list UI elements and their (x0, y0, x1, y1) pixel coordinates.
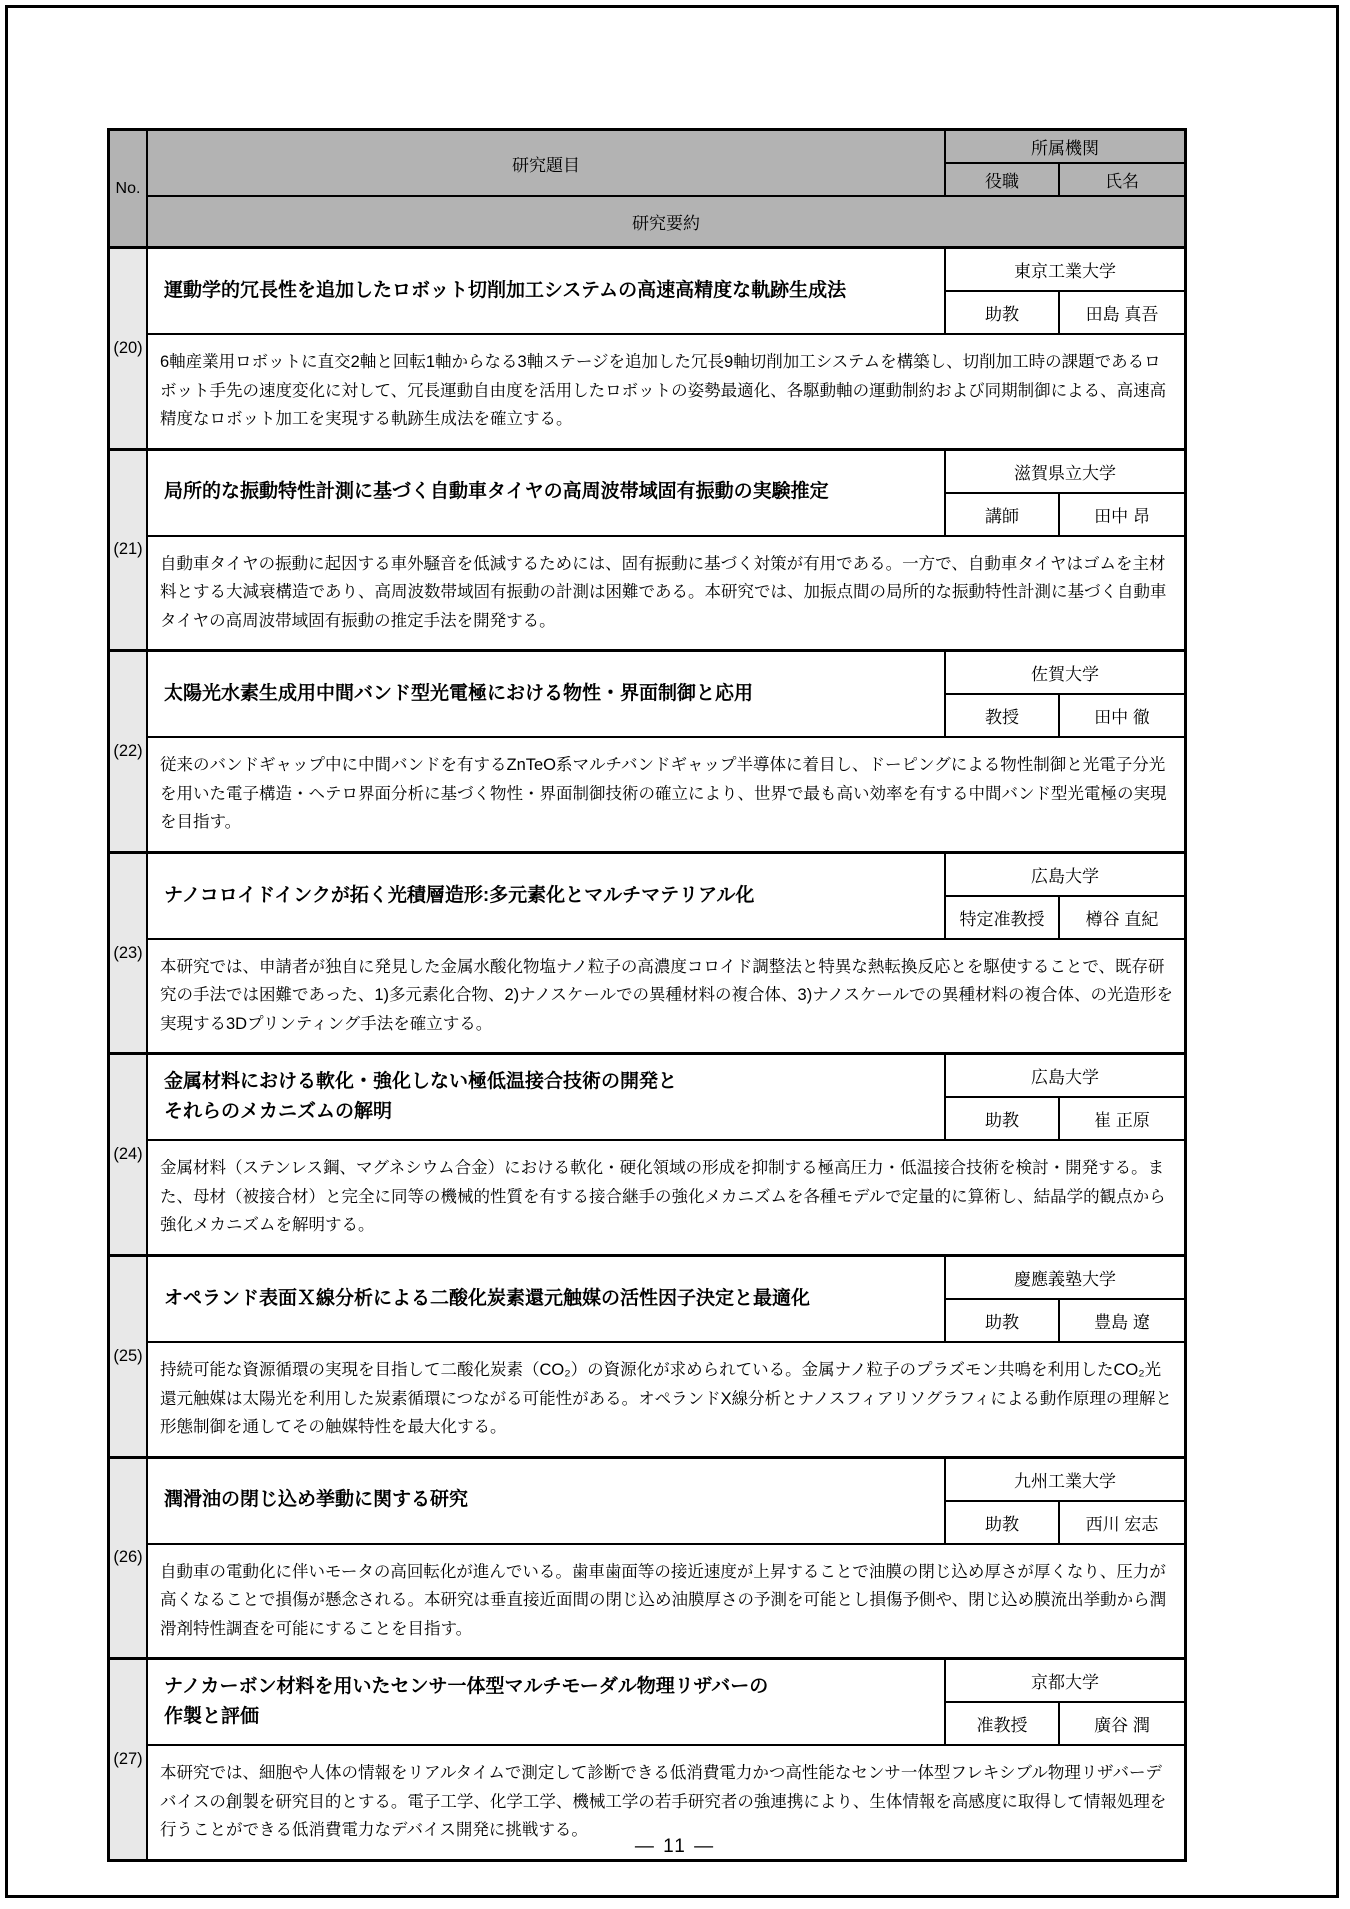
table-row: (21) 局所的な振動特性計測に基づく自動車タイヤの高周波帯域固有振動の実験推定… (110, 451, 1184, 653)
document-page: No. 研究題目 所属機関 役職 氏名 研究要約 (20) (0, 0, 1350, 1909)
research-summary: 持続可能な資源循環の実現を目指して二酸化炭素（CO₂）の資源化が求められている。… (148, 1343, 1184, 1456)
researcher-name: 田島 真吾 (1060, 292, 1184, 333)
entry-content: オペランド表面Ｘ線分析による二酸化炭素還元触媒の活性因子決定と最適化 慶應義塾大… (148, 1257, 1184, 1456)
institution: 広島大学 (946, 1055, 1184, 1098)
entry-top-row: 潤滑油の閉じ込め挙動に関する研究 九州工業大学 助教 西川 宏志 (148, 1459, 1184, 1545)
entry-top-row: オペランド表面Ｘ線分析による二酸化炭素還元触媒の活性因子決定と最適化 慶應義塾大… (148, 1257, 1184, 1343)
researcher-name: 田中 徹 (1060, 695, 1184, 736)
table-row: (27) ナノカーボン材料を用いたセンサ一体型マルチモーダル物理リザバーの 作製… (110, 1660, 1184, 1859)
position: 特定准教授 (946, 897, 1060, 938)
position-name-row: 助教 田島 真吾 (946, 292, 1184, 333)
entry-number: (25) (110, 1257, 148, 1456)
research-summary: 金属材料（ステンレス鋼、マグネシウム合金）における軟化・硬化領域の形成を抑制する… (148, 1141, 1184, 1254)
entry-content: 金属材料における軟化・強化しない極低温接合技術の開発と それらのメカニズムの解明… (148, 1055, 1184, 1254)
table-body: (20) 運動学的冗長性を追加したロボット切削加工システムの高速高精度な軌跡生成… (110, 249, 1184, 1859)
position: 助教 (946, 1098, 1060, 1139)
affiliation-block: 京都大学 准教授 廣谷 潤 (946, 1660, 1184, 1744)
research-summary: 6軸産業用ロボットに直交2軸と回転1軸からなる3軸ステージを追加した冗長9軸切削… (148, 335, 1184, 448)
table-row: (24) 金属材料における軟化・強化しない極低温接合技術の開発と それらのメカニ… (110, 1055, 1184, 1257)
entry-number: (24) (110, 1055, 148, 1254)
researcher-name: 豊島 遼 (1060, 1300, 1184, 1341)
entry-content: 太陽光水素生成用中間バンド型光電極における物性・界面制御と応用 佐賀大学 教授 … (148, 652, 1184, 851)
entry-number: (27) (110, 1660, 148, 1859)
institution: 京都大学 (946, 1660, 1184, 1703)
position: 教授 (946, 695, 1060, 736)
entry-number: (22) (110, 652, 148, 851)
table-row: (25) オペランド表面Ｘ線分析による二酸化炭素還元触媒の活性因子決定と最適化 … (110, 1257, 1184, 1459)
research-summary: 本研究では、申請者が独自に発見した金属水酸化物塩ナノ粒子の高濃度コロイド調整法と… (148, 940, 1184, 1053)
institution: 滋賀県立大学 (946, 451, 1184, 494)
institution: 佐賀大学 (946, 652, 1184, 695)
header-affiliation: 所属機関 (946, 131, 1184, 164)
affiliation-block: 東京工業大学 助教 田島 真吾 (946, 249, 1184, 333)
research-title: 局所的な振動特性計測に基づく自動車タイヤの高周波帯域固有振動の実験推定 (148, 451, 946, 535)
affiliation-block: 広島大学 助教 崔 正原 (946, 1055, 1184, 1139)
table-row: (20) 運動学的冗長性を追加したロボット切削加工システムの高速高精度な軌跡生成… (110, 249, 1184, 451)
entry-content: 局所的な振動特性計測に基づく自動車タイヤの高周波帯域固有振動の実験推定 滋賀県立… (148, 451, 1184, 650)
position: 准教授 (946, 1703, 1060, 1744)
header-right-block: 研究題目 所属機関 役職 氏名 研究要約 (148, 131, 1184, 246)
entry-top-row: 金属材料における軟化・強化しない極低温接合技術の開発と それらのメカニズムの解明… (148, 1055, 1184, 1141)
table-row: (23) ナノコロイドインクが拓く光積層造形:多元素化とマルチマテリアル化 広島… (110, 854, 1184, 1056)
research-summary: 自動車タイヤの振動に起因する車外騒音を低減するためには、固有振動に基づく対策が有… (148, 537, 1184, 650)
position: 講師 (946, 494, 1060, 535)
affiliation-block: 佐賀大学 教授 田中 徹 (946, 652, 1184, 736)
affiliation-block: 滋賀県立大学 講師 田中 昂 (946, 451, 1184, 535)
position-name-row: 助教 西川 宏志 (946, 1502, 1184, 1543)
position-name-row: 准教授 廣谷 潤 (946, 1703, 1184, 1744)
entry-number: (26) (110, 1459, 148, 1658)
entry-content: 潤滑油の閉じ込め挙動に関する研究 九州工業大学 助教 西川 宏志 自動車の電動化… (148, 1459, 1184, 1658)
table-header: No. 研究題目 所属機関 役職 氏名 研究要約 (110, 131, 1184, 249)
researcher-name: 樽谷 直紀 (1060, 897, 1184, 938)
entry-number: (21) (110, 451, 148, 650)
institution: 九州工業大学 (946, 1459, 1184, 1502)
researcher-name: 崔 正原 (1060, 1098, 1184, 1139)
researcher-name: 田中 昂 (1060, 494, 1184, 535)
header-top-row: 研究題目 所属機関 役職 氏名 (148, 131, 1184, 197)
header-name: 氏名 (1060, 164, 1184, 195)
entry-top-row: ナノコロイドインクが拓く光積層造形:多元素化とマルチマテリアル化 広島大学 特定… (148, 854, 1184, 940)
entry-number: (23) (110, 854, 148, 1053)
entry-content: 運動学的冗長性を追加したロボット切削加工システムの高速高精度な軌跡生成法 東京工… (148, 249, 1184, 448)
position-name-row: 助教 豊島 遼 (946, 1300, 1184, 1341)
research-summary: 従来のバンドギャップ中に中間バンドを有するZnTeO系マルチバンドギャップ半導体… (148, 738, 1184, 851)
research-title: 金属材料における軟化・強化しない極低温接合技術の開発と それらのメカニズムの解明 (148, 1055, 946, 1139)
position-name-row: 教授 田中 徹 (946, 695, 1184, 736)
affiliation-block: 九州工業大学 助教 西川 宏志 (946, 1459, 1184, 1543)
position: 助教 (946, 1502, 1060, 1543)
entry-content: ナノカーボン材料を用いたセンサ一体型マルチモーダル物理リザバーの 作製と評価 京… (148, 1660, 1184, 1859)
header-affiliation-block: 所属機関 役職 氏名 (946, 131, 1184, 195)
position: 助教 (946, 292, 1060, 333)
header-position: 役職 (946, 164, 1060, 195)
research-title: 太陽光水素生成用中間バンド型光電極における物性・界面制御と応用 (148, 652, 946, 736)
position: 助教 (946, 1300, 1060, 1341)
research-title: オペランド表面Ｘ線分析による二酸化炭素還元触媒の活性因子決定と最適化 (148, 1257, 946, 1341)
page-number: — 11 — (0, 1836, 1350, 1858)
research-summary: 自動車の電動化に伴いモータの高回転化が進んでいる。歯車歯面等の接近速度が上昇する… (148, 1545, 1184, 1658)
table-row: (22) 太陽光水素生成用中間バンド型光電極における物性・界面制御と応用 佐賀大… (110, 652, 1184, 854)
research-title: ナノカーボン材料を用いたセンサ一体型マルチモーダル物理リザバーの 作製と評価 (148, 1660, 946, 1744)
entry-content: ナノコロイドインクが拓く光積層造形:多元素化とマルチマテリアル化 広島大学 特定… (148, 854, 1184, 1053)
header-no: No. (110, 131, 148, 246)
entry-top-row: 運動学的冗長性を追加したロボット切削加工システムの高速高精度な軌跡生成法 東京工… (148, 249, 1184, 335)
header-research-summary: 研究要約 (148, 197, 1184, 246)
research-title: 運動学的冗長性を追加したロボット切削加工システムの高速高精度な軌跡生成法 (148, 249, 946, 333)
position-name-row: 助教 崔 正原 (946, 1098, 1184, 1139)
institution: 慶應義塾大学 (946, 1257, 1184, 1300)
header-position-name-row: 役職 氏名 (946, 164, 1184, 195)
table-row: (26) 潤滑油の閉じ込め挙動に関する研究 九州工業大学 助教 西川 宏志 自動… (110, 1459, 1184, 1661)
entry-top-row: 太陽光水素生成用中間バンド型光電極における物性・界面制御と応用 佐賀大学 教授 … (148, 652, 1184, 738)
researcher-name: 西川 宏志 (1060, 1502, 1184, 1543)
entry-top-row: ナノカーボン材料を用いたセンサ一体型マルチモーダル物理リザバーの 作製と評価 京… (148, 1660, 1184, 1746)
entry-number: (20) (110, 249, 148, 448)
researcher-name: 廣谷 潤 (1060, 1703, 1184, 1744)
research-table: No. 研究題目 所属機関 役職 氏名 研究要約 (20) (107, 128, 1187, 1862)
header-research-title: 研究題目 (148, 131, 946, 195)
affiliation-block: 広島大学 特定准教授 樽谷 直紀 (946, 854, 1184, 938)
entry-top-row: 局所的な振動特性計測に基づく自動車タイヤの高周波帯域固有振動の実験推定 滋賀県立… (148, 451, 1184, 537)
position-name-row: 講師 田中 昂 (946, 494, 1184, 535)
position-name-row: 特定准教授 樽谷 直紀 (946, 897, 1184, 938)
affiliation-block: 慶應義塾大学 助教 豊島 遼 (946, 1257, 1184, 1341)
institution: 広島大学 (946, 854, 1184, 897)
research-title: ナノコロイドインクが拓く光積層造形:多元素化とマルチマテリアル化 (148, 854, 946, 938)
institution: 東京工業大学 (946, 249, 1184, 292)
research-title: 潤滑油の閉じ込め挙動に関する研究 (148, 1459, 946, 1543)
